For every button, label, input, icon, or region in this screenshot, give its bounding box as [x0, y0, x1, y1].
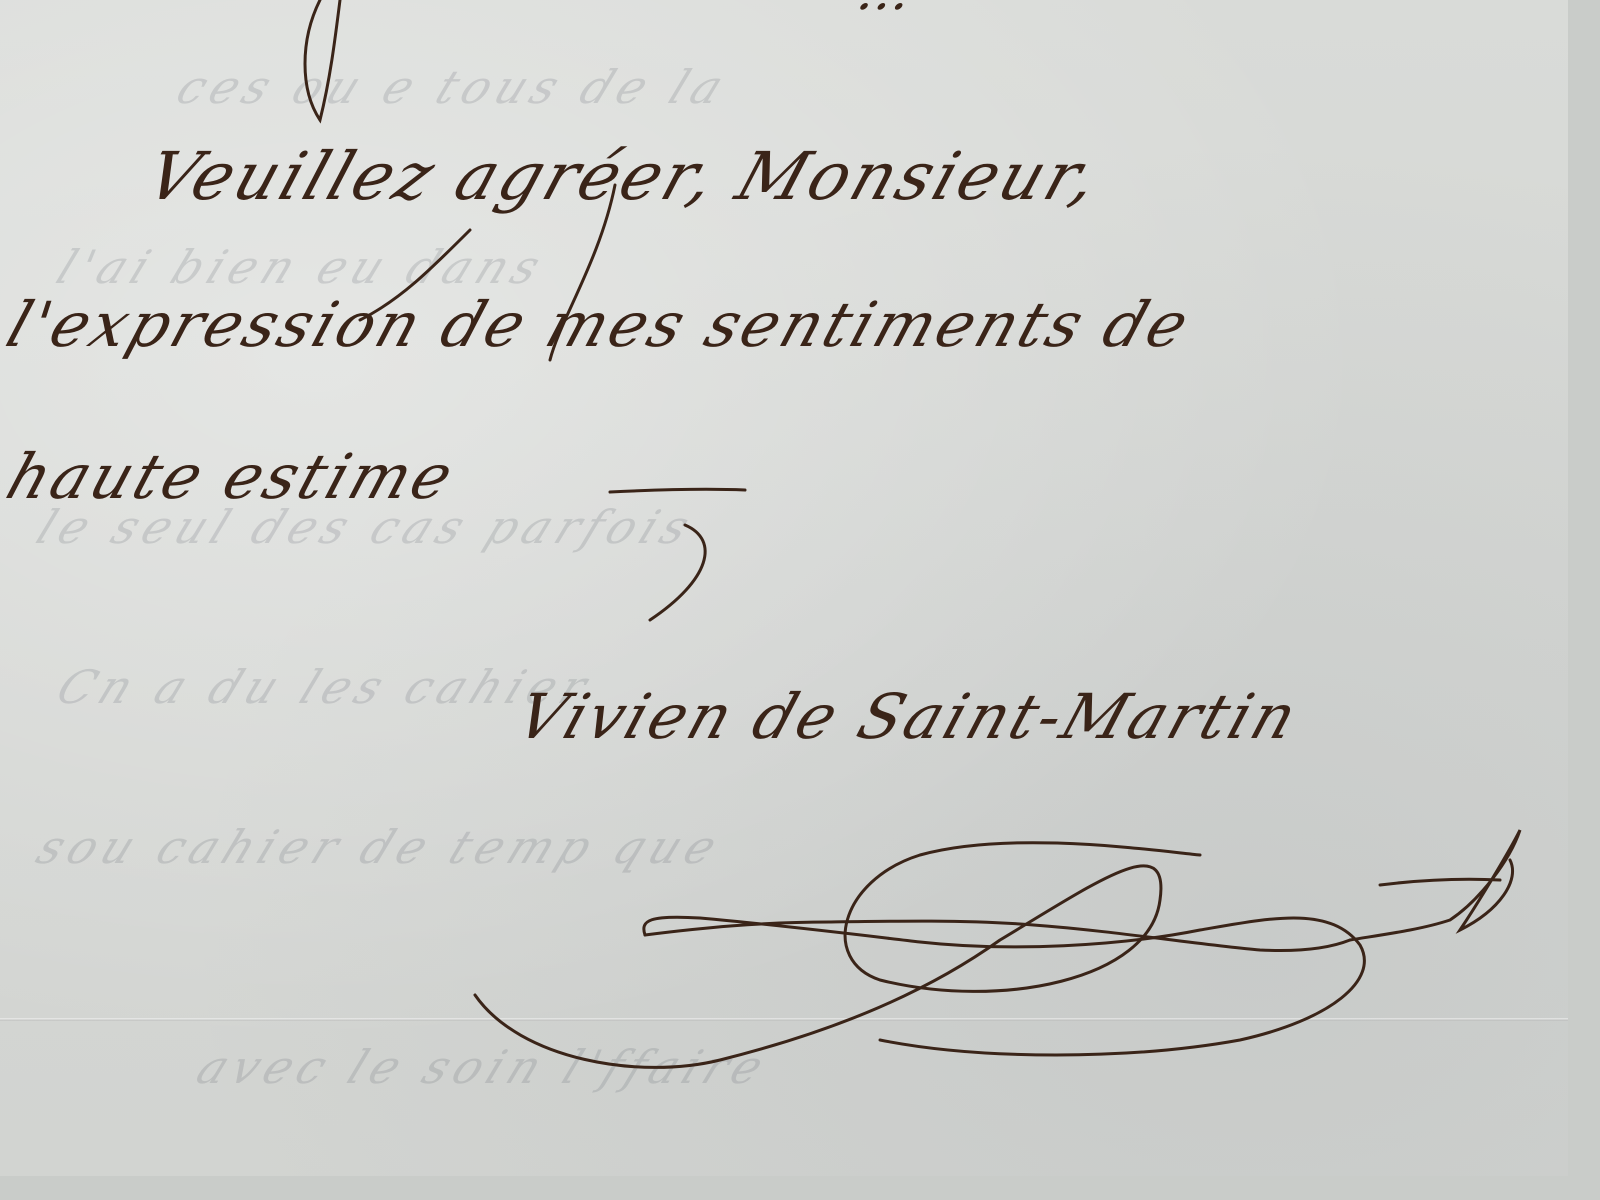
signature: Vivien de Saint-Martin	[508, 680, 1308, 753]
bleed-through-text: sou cahier de temp que	[29, 820, 731, 874]
bleed-through-text: Cn a du les cahier	[49, 660, 601, 714]
bleed-through-text: l'ai bien eu dans	[49, 240, 554, 294]
closing-line-2: l'expression de mes sentiments de	[0, 288, 1200, 361]
closing-line-1: Veuillez agréer, Monsieur,	[137, 138, 1111, 215]
bleed-through-text: ces ou e tous de la	[169, 60, 737, 114]
closing-line-3: haute estime	[0, 440, 465, 513]
letter-sheet: ces ou e tous de la l'ai bien eu dans le…	[0, 0, 1568, 1176]
bleed-through-text: avec le soin l'ffaire	[189, 1040, 777, 1094]
paper-fold	[0, 1018, 1568, 1021]
top-fragment: …	[850, 0, 924, 22]
